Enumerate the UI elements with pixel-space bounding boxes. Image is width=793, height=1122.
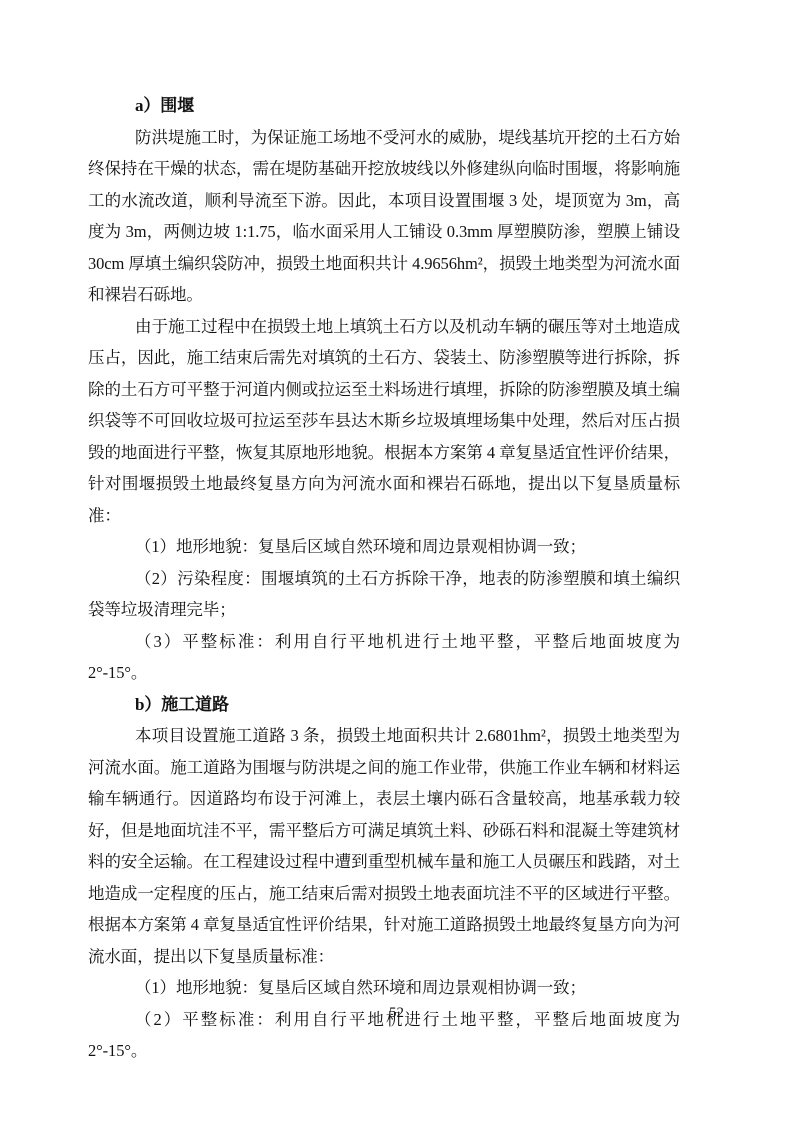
paragraph: 本项目设置施工道路 3 条，损毁土地面积共计 2.6801hm²，损毁土地类型为… bbox=[88, 720, 680, 972]
paragraph: 防洪堤施工时，为保证施工场地不受河水的威胁，堤线基坑开挖的土石方始终保持在干燥的… bbox=[88, 122, 680, 311]
section-a-heading: a）围堰 bbox=[88, 90, 680, 122]
page-number: 52 bbox=[0, 1002, 793, 1024]
list-item: （3）平整标准：利用自行平地机进行土地平整，平整后地面坡度为 2°-15°。 bbox=[88, 626, 680, 689]
list-item: （1）地形地貌：复垦后区域自然环境和周边景观相协调一致； bbox=[88, 531, 680, 563]
paragraph: 由于施工过程中在损毁土地上填筑土石方以及机动车辆的碾压等对土地造成压占，因此，施… bbox=[88, 311, 680, 532]
section-b-heading: b）施工道路 bbox=[88, 689, 680, 721]
list-item: （1）地形地貌：复垦后区域自然环境和周边景观相协调一致； bbox=[88, 972, 680, 1004]
document-content: a）围堰 防洪堤施工时，为保证施工场地不受河水的威胁，堤线基坑开挖的土石方始终保… bbox=[88, 90, 680, 1067]
list-item: （2）污染程度：围堰填筑的土石方拆除干净，地表的防渗塑膜和填土编织袋等垃圾清理完… bbox=[88, 563, 680, 626]
document-page: a）围堰 防洪堤施工时，为保证施工场地不受河水的威胁，堤线基坑开挖的土石方始终保… bbox=[0, 0, 793, 1122]
